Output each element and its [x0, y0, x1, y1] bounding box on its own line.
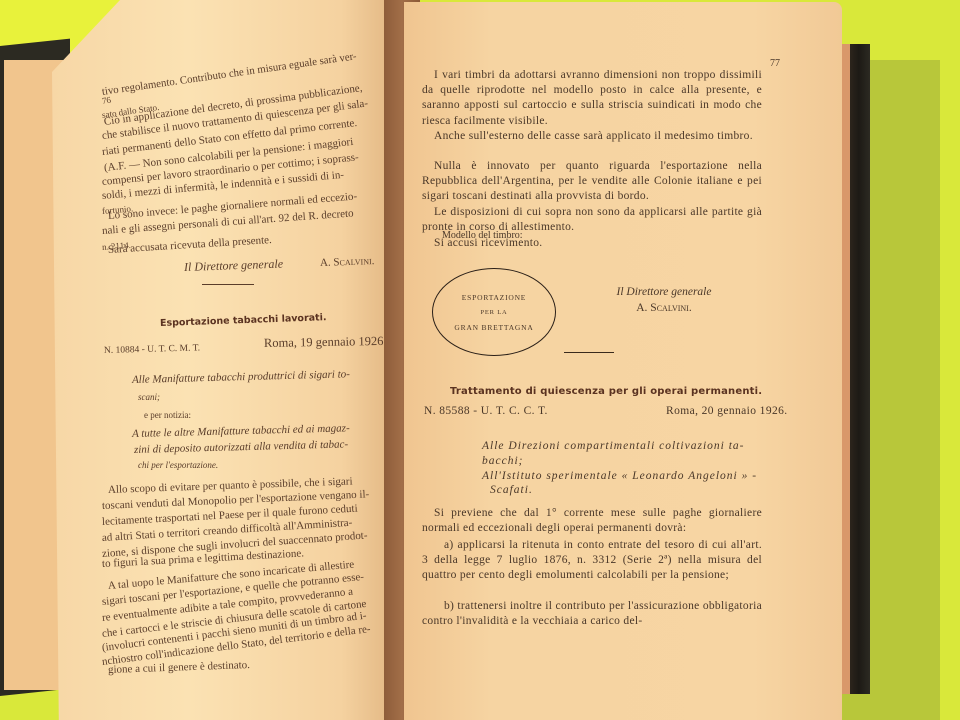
addressee-line: scani; — [138, 392, 160, 402]
paragraph: Si previene che dal 1° corrente mese sul… — [422, 506, 762, 536]
stamp-model: ESPORTAZIONE PER LA GRAN BRETTAGNA — [432, 268, 556, 356]
left-page: 76 tivo regolamento. Contributo che in m… — [52, 0, 392, 720]
section-heading-left: Esportazione tabacchi lavorati. — [160, 312, 327, 329]
addressee-line: A tutte le altre Manifatture tabacchi ed… — [132, 422, 350, 440]
separator-rule — [564, 352, 614, 353]
reference-number-left: N. 10884 - U. T. C. M. T. — [104, 343, 200, 356]
signature-title: Il Direttore generale — [594, 284, 734, 300]
stamp-caption: Modello del timbro: — [442, 230, 523, 241]
stamp-line: PER LA — [480, 305, 507, 320]
signature-name: A. Scalvini. — [594, 300, 734, 316]
addressee-line: Alle Direzioni compartimentali coltivazi… — [482, 439, 745, 454]
addressee-line: chi per l'esportazione. — [138, 460, 218, 470]
signature-name-left: A. Scalvini. — [320, 255, 375, 269]
paragraph: Anche sull'esterno delle casse sarà appl… — [422, 129, 762, 144]
addressee-line: e per notizia: — [144, 410, 191, 420]
addressee-line: Alle Manifatture tabacchi produttrici di… — [132, 368, 350, 386]
reference-date: Roma, 20 gennaio 1926. — [666, 405, 788, 417]
reference-number: N. 85588 - U. T. C. C. T. — [424, 405, 548, 417]
signature-block: Il Direttore generale A. Scalvini. — [594, 284, 734, 316]
addressee-line: All'Istituto sperimentale « Leonardo Ang… — [482, 469, 757, 484]
list-item-b: b) trattenersi inoltre il contributo per… — [422, 599, 762, 629]
addressee-line: Scafati. — [490, 483, 533, 498]
stamp-line: GRAN BRETTAGNA — [454, 320, 533, 335]
reference-date-left: Roma, 19 gennaio 1926. — [264, 334, 387, 351]
text-line: Sarà accusata ricevuta della presente. — [108, 234, 272, 256]
signature-title-left: Il Direttore generale — [184, 257, 284, 275]
paragraph: I vari timbri da adottarsi avranno dimen… — [422, 68, 762, 129]
stamp-line: ESPORTAZIONE — [462, 290, 526, 305]
section-heading: Trattamento di quiescenza per gli operai… — [450, 386, 762, 397]
separator-rule — [202, 284, 254, 285]
addressee-line: zini di deposito autorizzati alla vendit… — [134, 438, 348, 456]
page-number-right: 77 — [770, 58, 780, 69]
right-page: 77 I vari timbri da adottarsi avranno di… — [404, 2, 842, 720]
list-item-a: a) applicarsi la ritenuta in conto entra… — [422, 538, 762, 584]
addressee-line: bacchi; — [482, 454, 523, 469]
paragraph: Nulla è innovato per quanto riguarda l'e… — [422, 159, 762, 205]
